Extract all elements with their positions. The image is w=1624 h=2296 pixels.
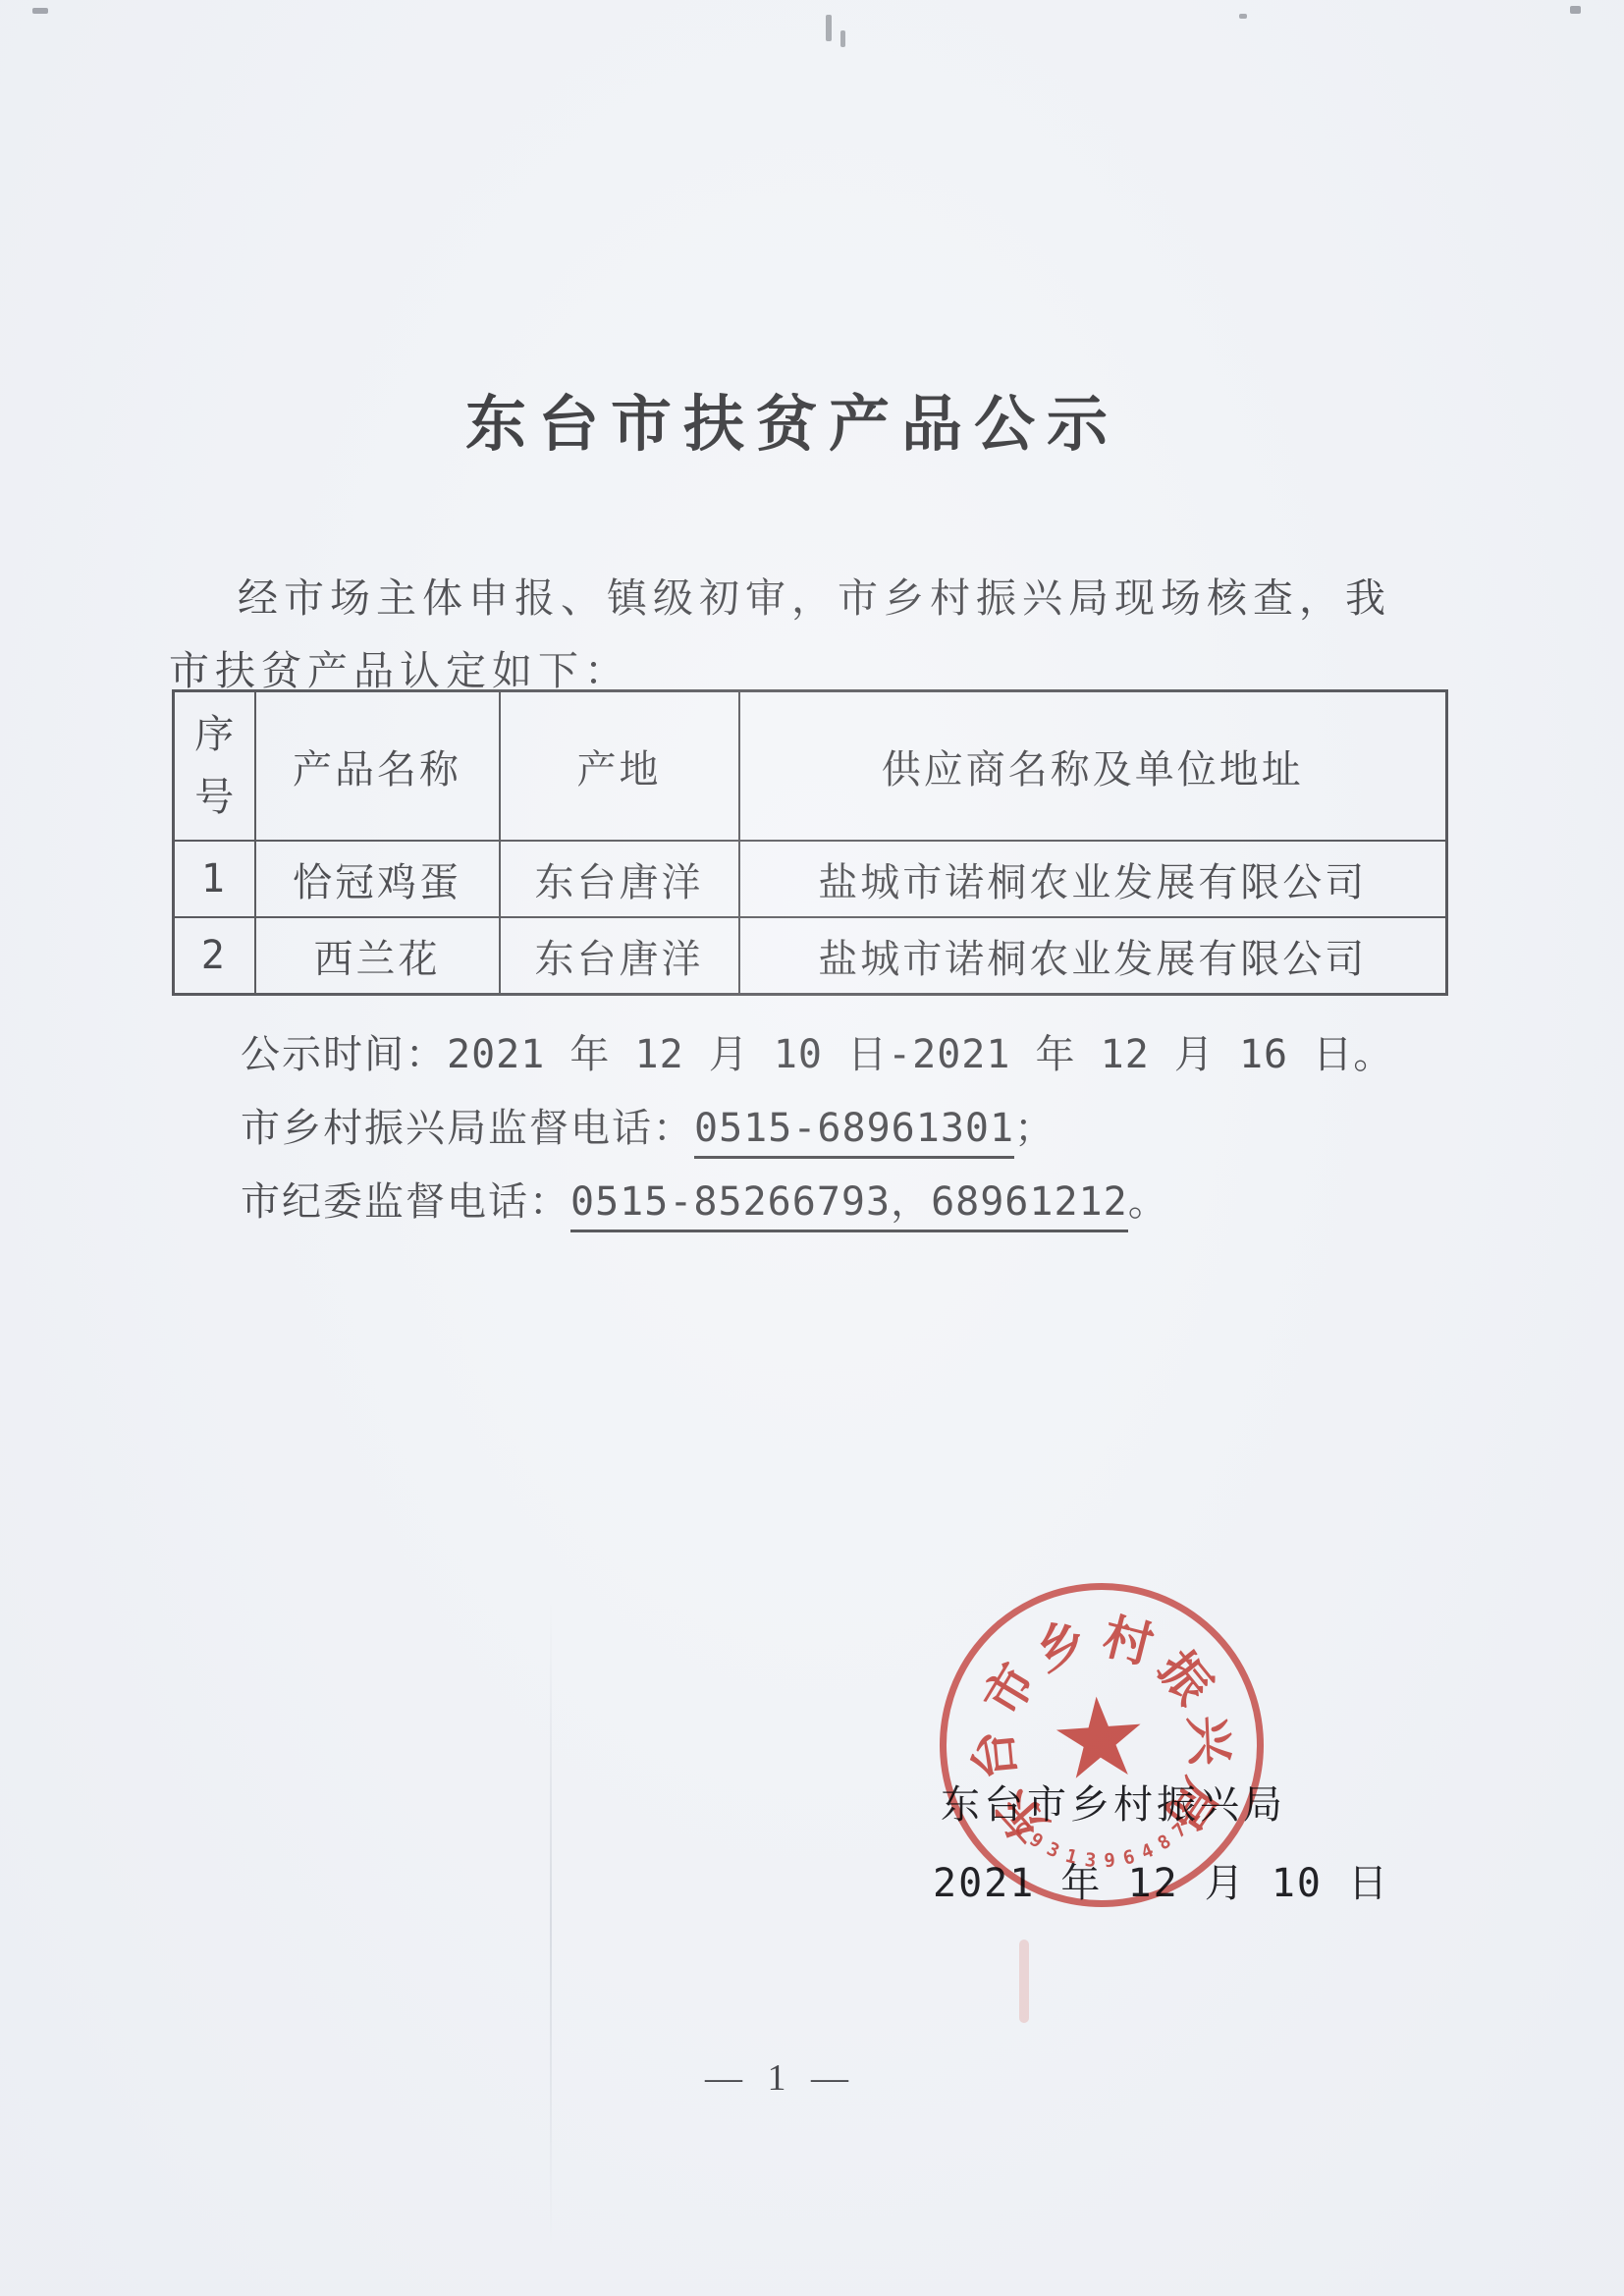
cell-origin: 东台唐洋	[500, 917, 739, 995]
intro-paragraph-line1: 经市场主体申报、镇级初审，市乡村振兴局现场核查，我	[238, 566, 1391, 624]
discipline-phone-line: 市纪委监督电话：0515-85266793，68961212。	[241, 1171, 1169, 1227]
phone2-label: 市纪委监督电话：	[241, 1179, 570, 1224]
phone2-number: 0515-85266793，68961212	[570, 1179, 1128, 1232]
stamp-arc-char: 台	[960, 1724, 1022, 1786]
cell-supplier: 盐城市诺桐农业发展有限公司	[739, 917, 1447, 995]
intro-paragraph-line2: 市扶贫产品认定如下：	[169, 638, 630, 696]
scan-artifact	[840, 30, 845, 47]
scan-artifact	[32, 8, 48, 14]
publicity-period-line: 公示时间：2021 年 12 月 10 日-2021 年 12 月 16 日。	[241, 1023, 1393, 1079]
cell-origin: 东台唐洋	[500, 841, 739, 917]
page-number: — 1 —	[0, 2056, 1561, 2100]
scan-artifact	[1239, 14, 1247, 19]
star-icon: ★	[1047, 1680, 1153, 1797]
col-header-product: 产品名称	[255, 691, 500, 842]
table-row: 2 西兰花 东台唐洋 盐城市诺桐农业发展有限公司	[174, 917, 1447, 995]
period-value: 2021 年 12 月 10 日-2021 年 12 月 16 日。	[447, 1032, 1393, 1077]
stamp-smear	[1019, 1940, 1029, 2023]
cell-product-name: 西兰花	[255, 917, 500, 995]
table-row: 1 恰冠鸡蛋 东台唐洋 盐城市诺桐农业发展有限公司	[174, 841, 1447, 917]
col-header-supplier: 供应商名称及单位地址	[739, 691, 1447, 842]
document-page: 东台市扶贫产品公示 经市场主体申报、镇级初审，市乡村振兴局现场核查，我 市扶贫产…	[0, 0, 1624, 2296]
col-header-origin: 产地	[500, 691, 739, 842]
scan-artifact	[1570, 6, 1581, 14]
phone2-tail: 。	[1128, 1179, 1169, 1224]
supervision-phone-line: 市乡村振兴局监督电话：0515-68961301；	[241, 1097, 1056, 1153]
cell-product-name: 恰冠鸡蛋	[255, 841, 500, 917]
cell-supplier: 盐城市诺桐农业发展有限公司	[739, 841, 1447, 917]
table-header-row: 序号 产品名称 产地 供应商名称及单位地址	[174, 691, 1447, 842]
cell-row-no: 1	[174, 841, 255, 917]
col-header-no: 序号	[174, 691, 255, 842]
paper-crease	[550, 1601, 552, 2249]
official-stamp: ★ 东台市乡村振兴局 C9313964871	[929, 1572, 1274, 1918]
phone1-tail: ；	[1014, 1106, 1056, 1150]
scan-artifact	[826, 15, 832, 41]
phone1-number: 0515-68961301	[694, 1106, 1014, 1159]
products-table: 序号 产品名称 产地 供应商名称及单位地址 1 恰冠鸡蛋 东台唐洋 盐城市诺桐农…	[172, 689, 1448, 996]
cell-row-no: 2	[174, 917, 255, 995]
stamp-arc-char: 兴	[1183, 1711, 1243, 1771]
document-title: 东台市扶贫产品公示	[0, 375, 1585, 463]
phone1-label: 市乡村振兴局监督电话：	[241, 1106, 694, 1150]
period-label: 公示时间：	[241, 1032, 447, 1076]
